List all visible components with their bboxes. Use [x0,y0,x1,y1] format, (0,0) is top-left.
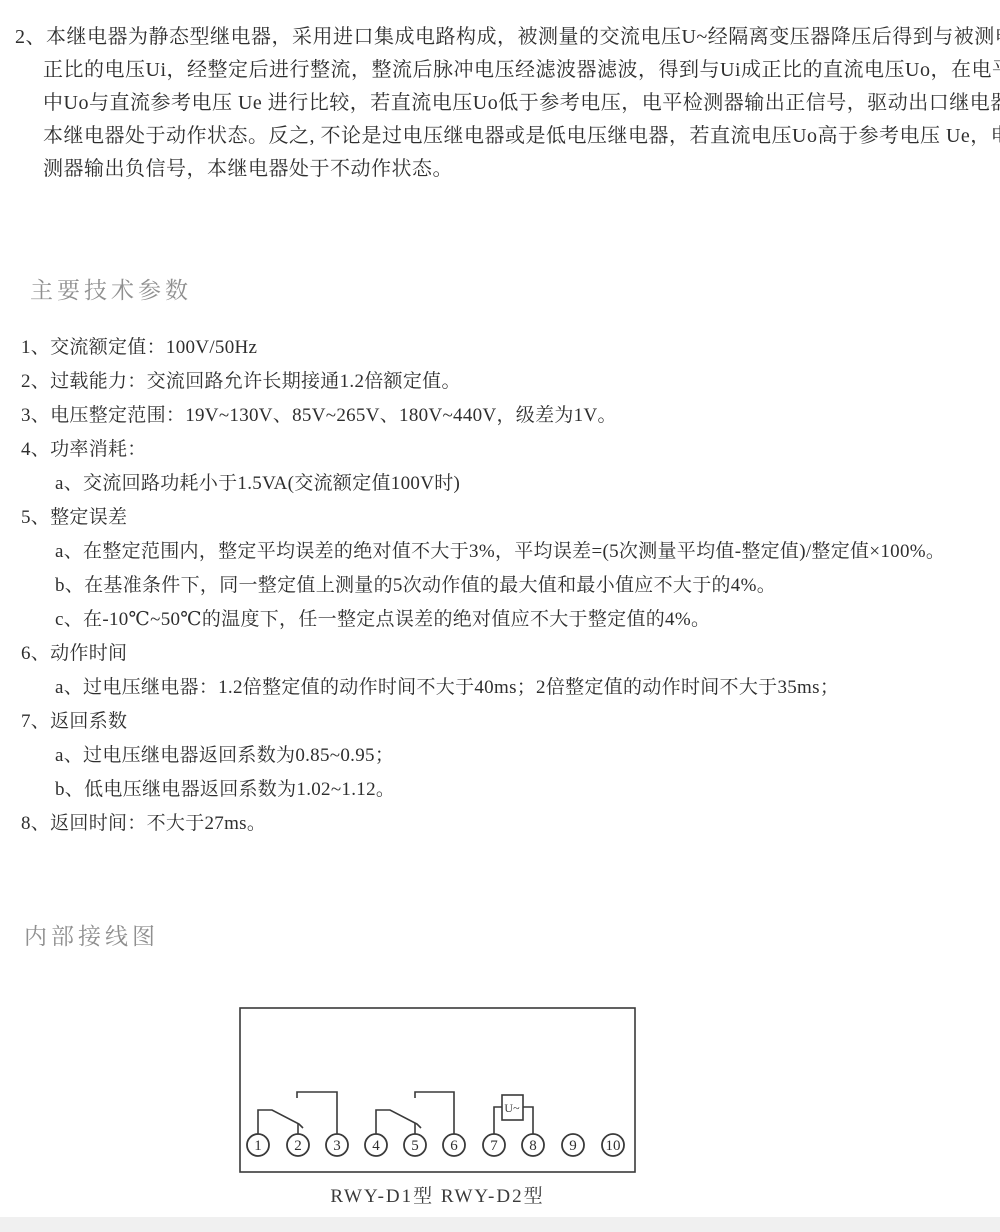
param-item: 2、过载能力：交流回路允许长期接通1.2倍额定值。 [21,365,981,399]
intro-line: 正比的电压Ui，经整定后进行整流，整流后脉冲电压经滤波器滤波，得到与Ui成正比的… [43,54,996,87]
param-item: 1、交流额定值：100V/50Hz [21,331,981,365]
param-subitem: b、在基准条件下，同一整定值上测量的5次动作值的最大值和最小值应不大于的4%。 [55,569,981,603]
terminal8-wire [523,1107,533,1134]
param-subitem: a、过电压继电器：1.2倍整定值的动作时间不大于40ms；2倍整定值的动作时间不… [55,671,981,705]
terminal-number: 4 [372,1138,380,1154]
param-list: 1、交流额定值：100V/50Hz 2、过载能力：交流回路允许长期接通1.2倍额… [21,331,981,841]
param-item: 7、返回系数 [21,705,981,739]
terminal-number: 5 [411,1138,419,1154]
terminal-number: 10 [606,1138,621,1154]
param-item: 5、整定误差 [21,501,981,535]
param-subitem: c、在-10℃~50℃的温度下，任一整定点误差的绝对值应不大于整定值的4%。 [55,603,981,637]
param-item: 4、功率消耗： [21,433,981,467]
param-subitem: b、低电压继电器返回系数为1.02~1.12。 [55,773,981,807]
intro-line: 2、本继电器为静态型继电器，采用进口集成电路构成，被测量的交流电压U~经隔离变压… [15,21,996,54]
footer-bar [0,1217,1000,1232]
terminal-number: 9 [569,1138,577,1154]
param-item: 8、返回时间：不大于27ms。 [21,807,981,841]
param-subitem: a、交流回路功耗小于1.5VA(交流额定值100V时) [55,467,981,501]
intro-line: 测器输出负信号，本继电器处于不动作状态。 [43,153,996,186]
terminal-number: 8 [529,1138,537,1154]
param-item: 6、动作时间 [21,637,981,671]
intro-paragraph: 2、本继电器为静态型继电器，采用进口集成电路构成，被测量的交流电压U~经隔离变压… [15,21,996,186]
terminal-number: 6 [450,1138,458,1154]
param-subitem: a、在整定范围内，整定平均误差的绝对值不大于3%，平均误差=(5次测量平均值-整… [55,535,981,569]
terminal-number: 2 [294,1138,302,1154]
params-section-title: 主要技术参数 [30,272,192,305]
param-subitem: a、过电压继电器返回系数为0.85~0.95； [55,739,981,773]
contact-blade-1 [258,1110,303,1134]
terminal7-wire [494,1107,502,1134]
voltage-transformer-label: U~ [504,1101,520,1115]
wiring-diagram: U~ 1 2 3 4 5 6 7 8 9 10 [239,1007,636,1173]
terminal-number: 1 [254,1138,262,1154]
terminal-number: 7 [490,1138,498,1154]
diagram-caption: RWY-D1型 RWY-D2型 [239,1181,636,1208]
wiring-section-title: 内部接线图 [24,918,159,951]
terminal-number: 3 [333,1138,341,1154]
intro-line: 中Uo与直流参考电压 Ue 进行比较，若直流电压Uo低于参考电压，电平检测器输出… [43,87,996,120]
intro-line: 本继电器处于动作状态。反之, 不论是过电压继电器或是低电压继电器，若直流电压Uo… [43,120,996,153]
param-item: 3、电压整定范围：19V~130V、85V~265V、180V~440V，级差为… [21,399,981,433]
